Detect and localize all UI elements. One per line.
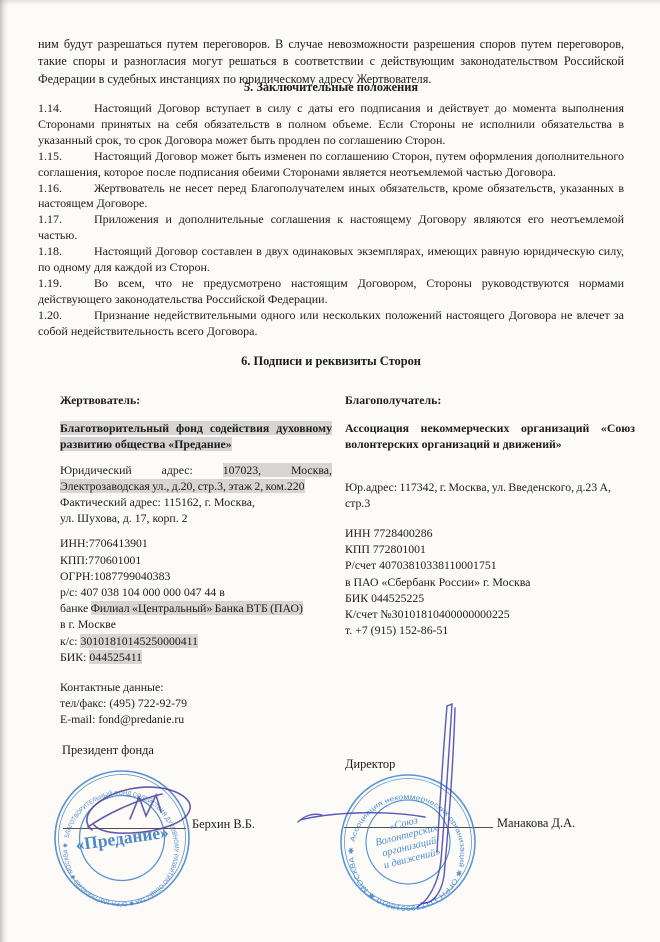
clause-text: Во всем, что не предусмотрено настоящим …: [38, 276, 624, 306]
bik-label: БИК:: [60, 650, 86, 664]
beneficiary-organization-name: Ассоциация некоммерческих организаций «С…: [345, 420, 635, 452]
clause-text: Настоящий Договор может быть изменен по …: [38, 149, 624, 179]
clause-number: 1.14.: [38, 101, 94, 117]
donor-inn: ИНН:7706413901: [60, 535, 332, 551]
donor-contacts-label: Контактные данные:: [60, 679, 332, 695]
legal-address-label: Юридический адрес:: [60, 463, 193, 477]
clause-1-20: 1.20.Признание недействительными одного …: [38, 308, 624, 340]
clause-1-17: 1.17.Приложения и дополнительные соглаше…: [38, 212, 624, 244]
clause-1-14: 1.14.Настоящий Договор вступает в силу с…: [38, 101, 624, 149]
beneficiary-inn: ИНН 7728400286: [345, 525, 635, 541]
corr-value-highlight: 30101810145250000411: [80, 634, 198, 648]
donor-contacts: Контактные данные: тел/факс: (495) 722-9…: [60, 679, 332, 728]
donor-bank-details: ИНН:7706413901 КПП:770601001 ОГРН:108779…: [60, 535, 332, 665]
beneficiary-address: Юр.адрес: 117342, г. Москва, ул. Введенс…: [345, 479, 635, 511]
donor-legal-address-line1: Юридический адрес: 107023, Москва,: [60, 462, 332, 478]
final-provisions-clauses: 1.14.Настоящий Договор вступает в силу с…: [38, 101, 624, 340]
beneficiary-address-line1: Юр.адрес: 117342, г. Москва, ул. Введенс…: [345, 479, 635, 495]
section5-heading: 5. Заключительные положения: [38, 80, 624, 95]
clause-number: 1.17.: [38, 212, 94, 228]
beneficiary-bik: БИК 044525225: [345, 590, 635, 606]
section6-heading: 6. Подписи и реквизиты Сторон: [38, 354, 624, 369]
donor-phone: тел/факс: (495) 722-92-79: [60, 695, 332, 711]
beneficiary-corr-account: К/счет №30101810400000000225: [345, 606, 635, 622]
clause-1-15: 1.15.Настоящий Договор может быть измене…: [38, 149, 624, 181]
donor-signer-name: Берхин В.Б.: [192, 817, 255, 832]
donor-round-stamp: БЛАГОТВОРИТЕЛЬНЫЙ ФОНД СОДЕЙСТВИЯ ДУХОВН…: [52, 768, 192, 908]
beneficiary-role-label: Благополучатель:: [345, 392, 635, 408]
donor-name-highlight: Благотворительный фонд содействия духовн…: [60, 421, 332, 451]
beneficiary-signer-title: Директор: [345, 757, 395, 772]
beneficiary-account: Р/счет 40703810338110001751: [345, 557, 635, 573]
clause-text: Жертвователь не несет перед Благополучат…: [38, 181, 624, 211]
bik-value-highlight: 044525411: [89, 650, 142, 664]
donor-ogrn: ОГРН:1087799040383: [60, 568, 332, 584]
beneficiary-kpp: КПП 772801001: [345, 541, 635, 557]
clause-1-19: 1.19.Во всем, что не предусмотрено насто…: [38, 276, 624, 308]
clause-text: Признание недействительными одного или н…: [38, 308, 624, 338]
donor-stamp-center-text: «Предание»: [74, 822, 170, 855]
clause-1-16: 1.16.Жертвователь не несет перед Благопо…: [38, 181, 624, 213]
clause-number: 1.19.: [38, 276, 94, 292]
beneficiary-bank: в ПАО «Сбербанк России» г. Москва: [345, 574, 635, 590]
clause-number: 1.16.: [38, 181, 94, 197]
bank-word: банке: [60, 601, 88, 615]
donor-bank-city: в г. Москве: [60, 616, 332, 632]
donor-bank-name-line: банке Филиал «Центральный» Банка ВТБ (ПА…: [60, 600, 332, 616]
clause-number: 1.15.: [38, 149, 94, 165]
clause-1-18: 1.18.Настоящий Договор составлен в двух …: [38, 244, 624, 276]
donor-actual-address-line1: Фактический адрес: 115162, г. Москва,: [60, 494, 332, 510]
donor-organization-name: Благотворительный фонд содействия духовн…: [60, 420, 332, 452]
donor-requisites-column: Жертвователь: Благотворительный фонд сод…: [60, 392, 332, 728]
donor-corr-account: к/с: 30101810145250000411: [60, 633, 332, 649]
clause-text: Приложения и дополнительные соглашения к…: [38, 212, 624, 242]
legal-address-value-1: 107023, Москва,: [223, 463, 332, 477]
beneficiary-signer-name: Манакова Д.А.: [497, 816, 575, 831]
legal-address-value-2: Электрозаводская ул., д.20, стр.3, этаж …: [60, 479, 305, 493]
donor-bik: БИК: 044525411: [60, 649, 332, 665]
donor-email: E-mail: fond@predanie.ru: [60, 711, 332, 727]
beneficiary-phone: т. +7 (915) 152-86-51: [345, 622, 635, 638]
beneficiary-bank-details: ИНН 7728400286 КПП 772801001 Р/счет 4070…: [345, 525, 635, 638]
donor-role-label: Жертвователь:: [60, 392, 332, 408]
corr-label: к/с:: [60, 634, 78, 648]
donor-legal-address-line2: Электрозаводская ул., д.20, стр.3, этаж …: [60, 478, 332, 494]
beneficiary-requisites-column: Благополучатель: Ассоциация некоммерческ…: [345, 392, 635, 638]
donor-kpp: КПП:770601001: [60, 552, 332, 568]
donor-account: р/с: 407 038 104 000 000 047 44 в: [60, 584, 332, 600]
clause-text: Настоящий Договор вступает в силу с даты…: [38, 101, 624, 147]
beneficiary-stamp-center-text: «Союз Волонтерских организаций и движени…: [371, 811, 444, 872]
bank-name-highlight: Филиал «Центральный» Банка ВТБ (ПАО): [91, 601, 303, 615]
clause-number: 1.18.: [38, 244, 94, 260]
scanned-contract-page: ним будут разрешаться путем переговоров.…: [0, 0, 660, 942]
beneficiary-address-line2: стр.3: [345, 495, 635, 511]
donor-signer-title: Президент фонда: [62, 743, 154, 758]
donor-actual-address-line2: ул. Шухова, д. 17, корп. 2: [60, 510, 332, 526]
clause-text: Настоящий Договор составлен в двух одина…: [38, 244, 624, 274]
donor-legal-address: Юридический адрес: 107023, Москва, Элект…: [60, 462, 332, 527]
beneficiary-round-stamp: Ассоциация некоммерческих организаций ✱ …: [338, 772, 478, 912]
clause-number: 1.20.: [38, 308, 94, 324]
